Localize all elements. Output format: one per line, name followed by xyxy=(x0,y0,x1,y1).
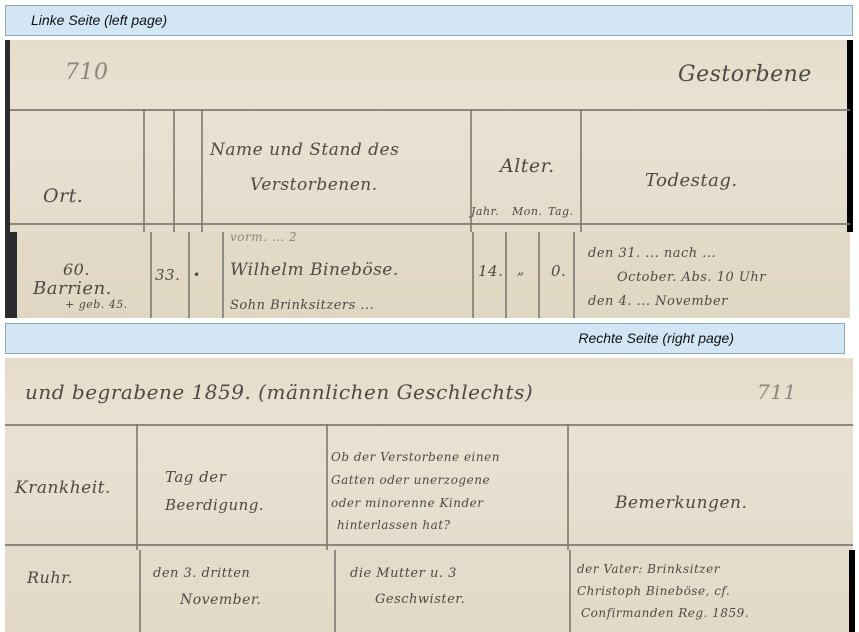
entry-survivors-1: die Mutter u. 3 xyxy=(350,566,457,581)
entry-remarks-3: Confirmanden Reg. 1859. xyxy=(581,606,749,620)
entry-remarks-1: der Vater: Brinksitzer xyxy=(577,562,720,576)
rule xyxy=(139,550,141,632)
col-header-survivors-2: Gatten oder unerzogene xyxy=(331,473,490,487)
rule xyxy=(136,424,138,550)
col-header-name-2: Verstorbenen. xyxy=(250,175,378,195)
binding-edge xyxy=(5,232,17,318)
col-header-remarks: Bemerkungen. xyxy=(615,493,747,513)
left-page-entry-scan: 60. Barrien. + geb. 45. 33. • vorm. ... … xyxy=(5,232,850,318)
entry-survivors-2: Geschwister. xyxy=(375,592,465,607)
col-header-survivors-1: Ob der Verstorbene einen xyxy=(331,450,500,464)
right-page-entry-scan: Ruhr. den 3. dritten November. die Mutte… xyxy=(5,550,855,632)
entry-birth-note: + geb. 45. xyxy=(65,298,128,311)
entry-death-line3: den 4. ... November xyxy=(588,294,728,309)
right-page-label-bar: Rechte Seite (right page) xyxy=(5,323,845,354)
entry-name: Wilhelm Bineböse. xyxy=(230,260,399,280)
col-header-death-date: Todestag. xyxy=(645,170,738,191)
rule xyxy=(573,232,575,318)
binding-edge xyxy=(5,40,10,232)
rule xyxy=(567,424,569,550)
col-header-age: Alter. xyxy=(500,155,555,177)
col-header-place: Ort. xyxy=(43,185,83,207)
rule xyxy=(201,109,203,232)
rule xyxy=(538,232,540,318)
rule xyxy=(143,109,145,232)
page-heading: Gestorbene xyxy=(678,62,812,87)
entry-burial-1: den 3. dritten xyxy=(153,566,250,581)
col-header-illness: Krankheit. xyxy=(15,478,111,498)
rule xyxy=(10,109,850,111)
right-page-label: Rechte Seite (right page) xyxy=(578,330,734,346)
rule xyxy=(569,550,571,632)
entry-burial-2: November. xyxy=(180,592,262,608)
page-number: 710 xyxy=(65,60,109,85)
entry-place: Barrien. xyxy=(33,278,112,299)
scan-border xyxy=(849,550,855,632)
entry-remarks-2: Christoph Bineböse, cf. xyxy=(577,584,730,598)
entry-age-months: „ xyxy=(517,262,525,278)
scan-border xyxy=(847,40,853,232)
rule xyxy=(505,232,507,318)
entry-number: 60. xyxy=(63,260,90,279)
rule xyxy=(222,232,224,318)
col-header-survivors-3: oder minorenne Kinder xyxy=(331,496,484,510)
rule xyxy=(472,232,474,318)
entry-col3: • xyxy=(193,268,201,282)
entry-age-years: 14. xyxy=(478,262,503,280)
entry-illness: Ruhr. xyxy=(27,568,73,587)
entry-death-line1: den 31. ... nach ... xyxy=(588,246,716,261)
col-sub-years: Jahr. xyxy=(471,205,499,218)
entry-age-days: 0. xyxy=(551,262,566,280)
left-page-header-scan: 710 Gestorbene Ort. Name und Stand des V… xyxy=(5,40,853,232)
col-header-burial-1: Tag der xyxy=(165,468,226,486)
entry-col2: 33. xyxy=(155,266,180,284)
col-sub-months: Mon. xyxy=(512,205,542,218)
rule xyxy=(173,109,175,232)
right-page-header-scan: und begrabene 1859. (männlichen Geschlec… xyxy=(5,358,853,550)
rule xyxy=(150,232,152,318)
page-number: 711 xyxy=(757,380,797,404)
left-page-label: Linke Seite (left page) xyxy=(31,12,167,28)
entry-name-top: vorm. ... 2 xyxy=(230,232,297,244)
rule xyxy=(5,424,853,426)
rule xyxy=(188,232,190,318)
rule xyxy=(580,109,582,232)
rule xyxy=(334,550,336,632)
page-heading: und begrabene 1859. (männlichen Geschlec… xyxy=(25,380,533,404)
rule xyxy=(326,424,328,550)
col-sub-days: Tag. xyxy=(548,205,574,218)
rule xyxy=(10,223,850,225)
left-page-label-bar: Linke Seite (left page) xyxy=(5,5,853,36)
col-header-name-1: Name und Stand des xyxy=(210,140,399,160)
col-header-survivors-4: hinterlassen hat? xyxy=(337,518,451,532)
entry-death-line2: October. Abs. 10 Uhr xyxy=(617,270,766,285)
col-header-burial-2: Beerdigung. xyxy=(165,496,264,514)
rule xyxy=(5,544,853,546)
entry-name-bottom: Sohn Brinksitzers ... xyxy=(230,298,374,313)
